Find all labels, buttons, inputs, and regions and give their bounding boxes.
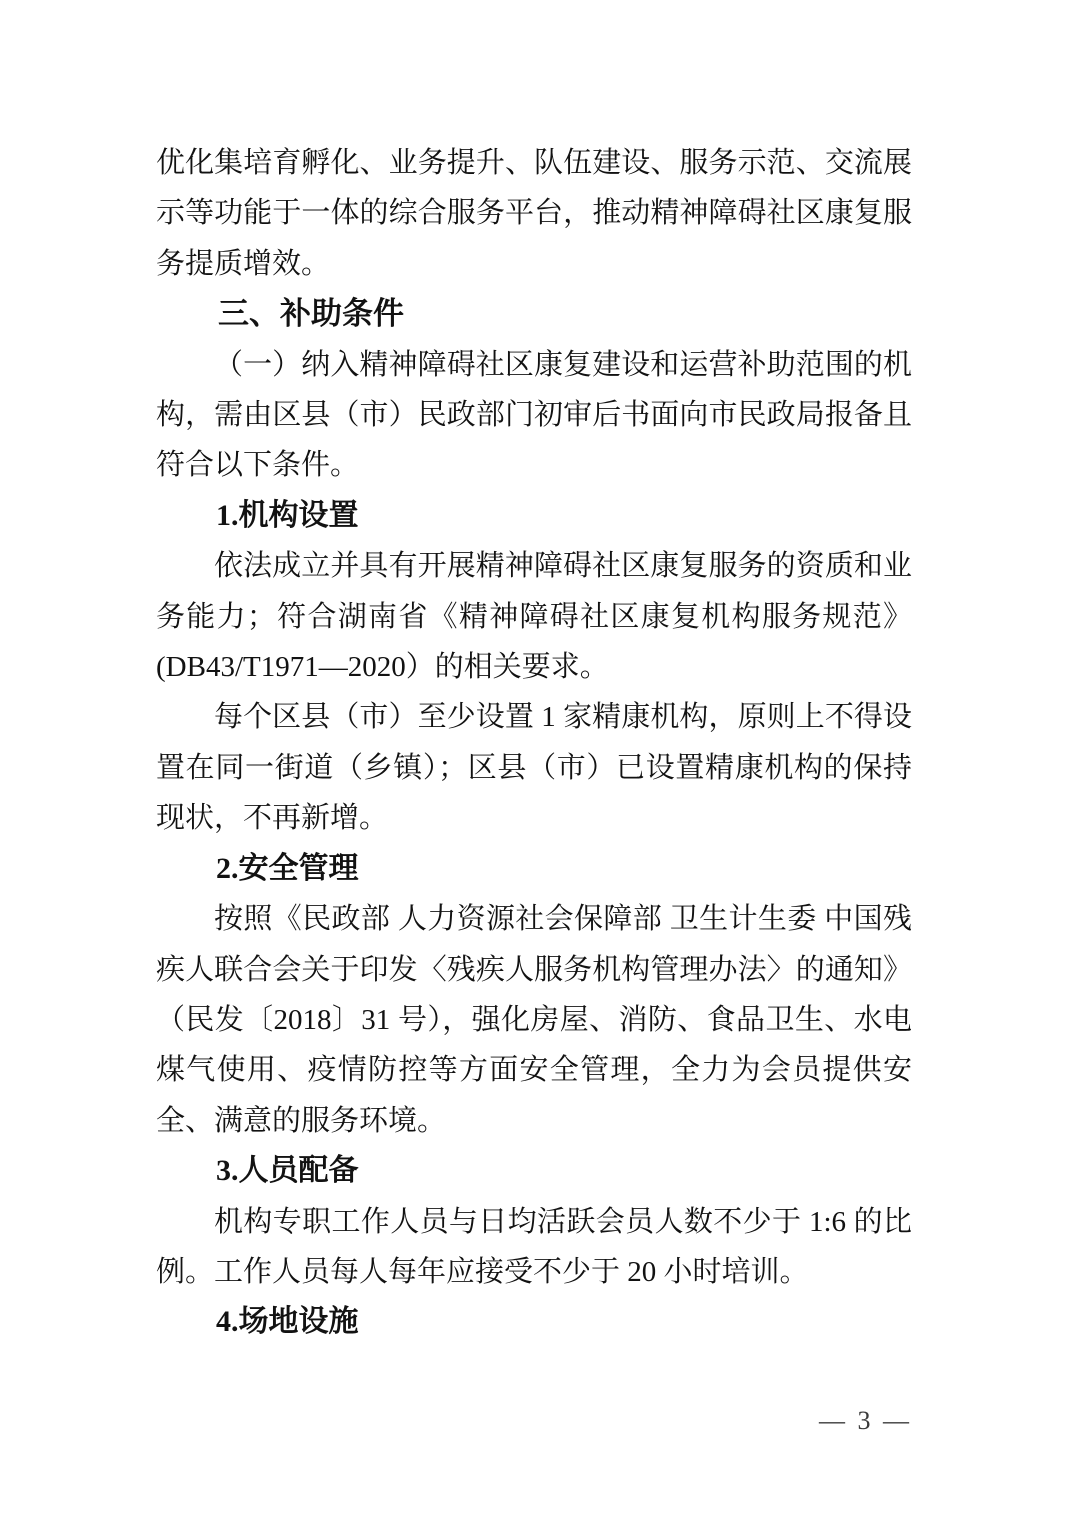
paragraph-qualification-requirements: 依法成立并具有开展精神障碍社区康复服务的资质和业务能力；符合湖南省《精神障碍社区… bbox=[156, 541, 912, 692]
paragraph-staffing-ratio: 机构专职工作人员与日均活跃会员人数不少于 1:6 的比例。工作人员每人每年应接受… bbox=[156, 1197, 912, 1298]
paragraph-safety-management: 按照《民政部 人力资源社会保障部 卫生计生委 中国残疾人联合会关于印发〈残疾人服… bbox=[156, 894, 912, 1146]
page-footer: — 3 — bbox=[819, 1406, 912, 1436]
document-page: 优化集培育孵化、业务提升、队伍建设、服务示范、交流展示等功能于一体的综合服务平台… bbox=[0, 0, 1074, 1520]
paragraph-district-quota: 每个区县（市）至少设置 1 家精康机构，原则上不得设置在同一街道（乡镇）；区县（… bbox=[156, 692, 912, 843]
paragraph-platform-summary: 优化集培育孵化、业务提升、队伍建设、服务示范、交流展示等功能于一体的综合服务平台… bbox=[156, 138, 912, 289]
heading-2-safety-management: 2.安全管理 bbox=[156, 844, 912, 894]
heading-subsidy-conditions: 三、补助条件 bbox=[156, 289, 912, 339]
document-content: 优化集培育孵化、业务提升、队伍建设、服务示范、交流展示等功能于一体的综合服务平台… bbox=[156, 138, 912, 1348]
heading-4-site-facilities: 4.场地设施 bbox=[156, 1297, 912, 1347]
page-number: — 3 — bbox=[819, 1406, 912, 1435]
heading-3-staffing: 3.人员配备 bbox=[156, 1146, 912, 1196]
heading-1-institution-setup: 1.机构设置 bbox=[156, 491, 912, 541]
paragraph-subsidy-scope: （一）纳入精神障碍社区康复建设和运营补助范围的机构，需由区县（市）民政部门初审后… bbox=[156, 340, 912, 491]
